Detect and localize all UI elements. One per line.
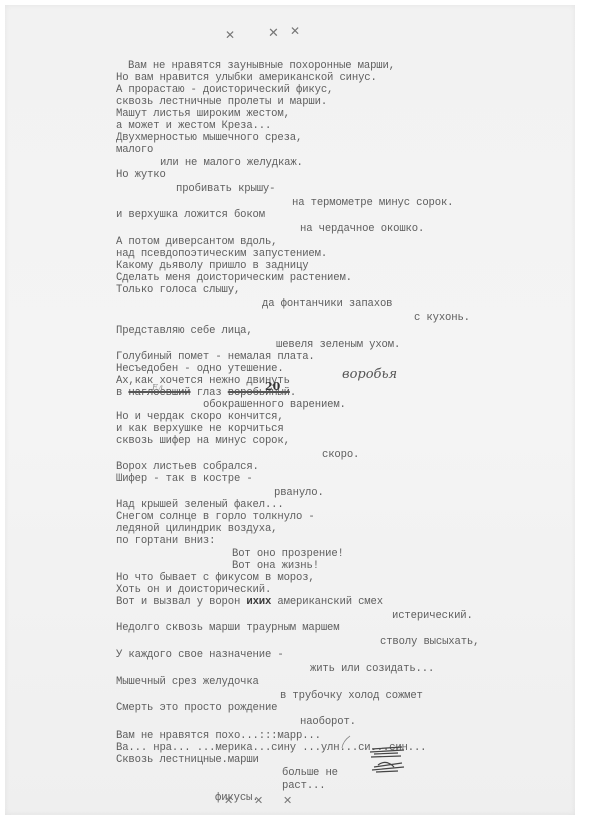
- poem-line: Двухмерностью мышечного среза,: [116, 132, 302, 144]
- line-segment: американский смех: [271, 596, 383, 608]
- line-segment: в: [116, 387, 128, 399]
- poem-line: Над крышей зеленый факел...: [116, 499, 284, 511]
- poem-line: Вот она жизнь!: [232, 560, 319, 572]
- pencil-stroke: [340, 735, 352, 749]
- poem-line: Вам не нравятся похо...:::марр...: [116, 730, 321, 742]
- poem-line: шевеля зеленым ухом.: [276, 339, 400, 351]
- poem-line: над псевдопоэтическим запустением.: [116, 248, 327, 260]
- poem-line: в трубочку холод сожмет: [280, 690, 423, 702]
- handwritten-inline-correction: 20: [265, 380, 280, 393]
- poem-line: Машут листья широким жестом,: [116, 108, 290, 120]
- poem-line: рвануло.: [274, 487, 324, 499]
- poem-line: Ворох листьев собрался.: [116, 461, 259, 473]
- poem-line: Вам не нравятся заунывные похоронные мар…: [128, 60, 395, 72]
- poem-line: Только голоса слышу,: [116, 284, 240, 296]
- poem-line: и как верхушке не корчиться: [116, 423, 284, 435]
- bottom-mark-2: ✕: [254, 794, 263, 807]
- poem-line: Ах,как хочется нежно двинуть: [116, 375, 290, 387]
- poem-line: Шифер - так в костре -: [116, 473, 253, 485]
- poem-line: сквозь лестничные пролеты и марши.: [116, 96, 327, 108]
- poem-line: Недолго сквозь марши траурным маршем: [116, 622, 339, 634]
- poem-line: Какому дьяволу пришло в задницу: [116, 260, 308, 272]
- poem-line: наоборот.: [300, 716, 356, 728]
- poem-line: а может и жестом Креза...: [116, 120, 271, 132]
- poem-line: раст...: [282, 780, 325, 792]
- poem-line: Но что бывает с фикусом в мороз,: [116, 572, 315, 584]
- poem-line: малого: [116, 144, 153, 156]
- poem-line: Но и чердак скоро кончится,: [116, 411, 284, 423]
- struck-word: воробьиный: [228, 387, 290, 399]
- poem-line: Сквозь лестницные.марши: [116, 754, 259, 766]
- poem-line: У каждого свое назначение -: [116, 649, 284, 661]
- poem-line: сквозь шифер на минус сорок,: [116, 435, 290, 447]
- poem-line: с кухонь.: [414, 312, 470, 324]
- poem-line: на чердачное окошко.: [300, 223, 424, 235]
- poem-line: жить или созидать...: [310, 663, 434, 675]
- poem-line: Но жутко: [116, 169, 166, 181]
- line-segment: Вот и вызвал у ворон: [116, 596, 246, 608]
- poem-line: А прорастаю - доисторический фикус,: [116, 84, 333, 96]
- poem-line: истерический.: [392, 610, 473, 622]
- poem-line: Несъедобен - одно утешение.: [116, 363, 284, 375]
- poem-line: Вот оно прозрение!: [232, 548, 344, 560]
- line-segment: глаз: [191, 387, 228, 399]
- poem-line: пробивать крышу-: [176, 183, 275, 195]
- poem-line: и верхушка ложится боком: [116, 209, 265, 221]
- poem-line: или не малого желудкаж.: [160, 157, 303, 169]
- top-mark-3: ✕: [290, 24, 300, 38]
- poem-line: на термометре минус сорок.: [292, 197, 453, 209]
- poem-line: Мышечный срез желудочка: [116, 676, 259, 688]
- poem-line: по гортани вниз:: [116, 535, 215, 547]
- poem-line: скоро.: [322, 449, 359, 461]
- line-segment: .: [290, 387, 296, 399]
- poem-line: обокрашенного варением.: [203, 399, 346, 411]
- poem-line: фикусы.: [215, 792, 258, 804]
- poem-line: Но вам нравится улыбки американской сину…: [116, 72, 377, 84]
- bottom-mark-1: ✕: [224, 794, 233, 807]
- top-mark-2: ✕: [268, 26, 279, 41]
- overtyped-word: ихих: [246, 596, 271, 608]
- poem-line: стволу высыхать,: [380, 636, 479, 648]
- poem-line: да фонтанчики запахов: [262, 298, 392, 310]
- poem-line: Сделать меня доисторическим растением.: [116, 272, 352, 284]
- poem-line: А потом диверсантом вдоль,: [116, 236, 277, 248]
- poem-line: Вот и вызвал у ворон ихих американский с…: [116, 596, 383, 608]
- top-mark-1: ✕: [225, 28, 235, 42]
- poem-line: Голубиный помет - немалая плата.: [116, 351, 315, 363]
- handwritten-margin-note: Ел: [152, 383, 163, 392]
- poem-line: ледяной цилиндрик воздуха,: [116, 523, 277, 535]
- bottom-mark-3: ✕: [283, 794, 292, 807]
- poem-line: Представляю себе лица,: [116, 325, 253, 337]
- handwritten-margin-word: воробья: [342, 367, 397, 382]
- poem-line: Смерть это просто рождение: [116, 702, 277, 714]
- poem-line: больше не: [282, 767, 338, 779]
- poem-line: Снегом солнце в горло толкнуло -: [116, 511, 315, 523]
- poem-line: Хоть он и доисторический.: [116, 584, 271, 596]
- scribble-mark: [368, 745, 408, 777]
